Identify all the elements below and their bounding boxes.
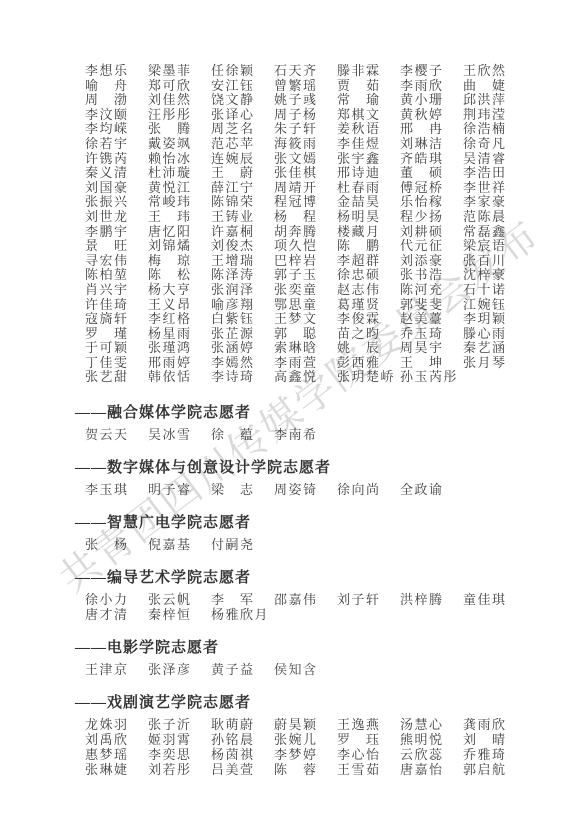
volunteer-name: 王铸业 [211, 210, 274, 225]
roster-row: 李均嵘张 腾周芝名朱子轩姜秋语邢 冉徐浩楠 [85, 122, 545, 137]
volunteer-name: 薛江宁 [211, 181, 274, 196]
roster-row: 李鹏宇唐忆阳许嘉桐胡奔腾楼藏月刘耕硕常磊鑫 [85, 225, 545, 240]
roster-row: 王津京张泽彦黄子益侯知含 [85, 662, 545, 677]
volunteer-name: 侯知含 [274, 662, 337, 677]
volunteer-name: 许嘉桐 [211, 225, 274, 240]
roster-row: 于可颖张瑾鸿张涵婷索琳晗姚 辰周昊宇秦艺涵 [85, 341, 545, 356]
volunteer-name: 刘子轩 [337, 592, 400, 607]
volunteer-name: 常峻玮 [148, 195, 211, 210]
volunteer-name: 李俊霖 [337, 312, 400, 327]
volunteer-name: 苗之昀 [337, 327, 400, 342]
volunteer-name: 楼藏月 [337, 225, 400, 240]
volunteer-name: 云欣蕊 [400, 747, 463, 762]
volunteer-name: 陈锦荣 [211, 195, 274, 210]
volunteer-name: 刘佳然 [148, 93, 211, 108]
volunteer-name: 邢诗迪 [337, 166, 400, 181]
volunteer-name: 李梦婷 [274, 747, 337, 762]
volunteer-name: 许镌芮 [85, 152, 148, 167]
volunteer-name: 张 腾 [148, 122, 211, 137]
volunteer-name: 石天齐 [274, 64, 337, 79]
volunteer-name: 张佳棋 [274, 166, 337, 181]
section-title: ——编导艺术学院志愿者 [75, 568, 545, 588]
volunteer-name: 徐若宇 [85, 137, 148, 152]
volunteer-name: 乔玉琦 [400, 327, 463, 342]
volunteer-name: 黄悦江 [148, 181, 211, 196]
volunteer-name: 梁墨菲 [148, 64, 211, 79]
roster-row: 徐若宇戴姿飒范芯苹海筱雨李佳煜刘琳洁徐奇凡 [85, 137, 545, 152]
volunteer-name: 李雨欣 [400, 79, 463, 94]
volunteer-name: 贺云天 [85, 427, 148, 442]
volunteer-name: 李雨萱 [274, 356, 337, 371]
volunteer-name: 任徐颖 [211, 64, 274, 79]
roster-row: 张琳婕刘若彤吕美萱陈 蓉王雪茹唐嘉怡郭启航 [85, 762, 545, 777]
volunteer-name: 代元征 [400, 239, 463, 254]
volunteer-name: 李心怡 [337, 747, 400, 762]
volunteer-name: 王梦文 [274, 312, 337, 327]
volunteer-name: 唐忆阳 [148, 225, 211, 240]
volunteer-name: 周子杨 [274, 108, 337, 123]
volunteer-name: 韩依恬 [148, 370, 211, 385]
volunteer-name: 赵志伟 [337, 283, 400, 298]
volunteer-name: 张子沂 [148, 717, 211, 732]
volunteer-name: 郭启航 [463, 762, 526, 777]
section-name-list: 贺云天吴冰雪徐 蕴李南希 [85, 427, 545, 442]
volunteer-name: 巴梓岩 [274, 254, 337, 269]
roster-row: 唐才清秦梓恒杨雅欣月 [85, 607, 545, 622]
volunteer-name: 张百川 [463, 254, 526, 269]
volunteer-name: 李均嵘 [85, 122, 148, 137]
volunteer-name: 李佳煜 [337, 137, 400, 152]
volunteer-name: 张艺甜 [85, 370, 148, 385]
volunteer-name: 郑可欣 [148, 79, 211, 94]
document-content: 李想乐梁墨菲任徐颖石天齐滕非霖李樱子王欣然喻 舟郑可欣安江钰曾繁瑶贾 茹李雨欣曲… [85, 64, 545, 777]
volunteer-name: 景 旺 [85, 239, 148, 254]
volunteer-name: 张玥楚峤 [337, 370, 400, 385]
volunteer-name: 张译心 [211, 108, 274, 123]
volunteer-name: 王津京 [85, 662, 148, 677]
volunteer-name: 项久恺 [274, 239, 337, 254]
college-section: ——智慧广电学院志愿者张 杨倪嘉基付嗣尧 [85, 513, 545, 552]
volunteer-name: 范芯苹 [211, 137, 274, 152]
volunteer-name: 郭 聪 [274, 327, 337, 342]
volunteer-name: 徐奇凡 [463, 137, 526, 152]
volunteer-name: 邱洪萍 [463, 93, 526, 108]
volunteer-name: 孙铭晨 [211, 732, 274, 747]
roster-row: 张艺甜韩依恬李诗琦高鑫悦张玥楚峤孙玉芮彤 [85, 370, 545, 385]
volunteer-name: 周姿锜 [274, 482, 337, 497]
volunteer-name: 连婉辰 [211, 152, 274, 167]
volunteer-name: 喻 舟 [85, 79, 148, 94]
volunteer-name: 王 玮 [148, 210, 211, 225]
volunteer-name: 倪嘉基 [148, 537, 211, 552]
roster-row: 许镌芮赖怡冰连婉辰张文嫣张宇鑫齐皓琪吴清睿 [85, 152, 545, 167]
section-name-list: 龙姝羽张子沂耿萌蔚蔚昊颖王逸燕汤慧心龚雨欣刘禹欣姬羽霄孙铭晨张婉儿罗 珏熊明悦刘… [85, 717, 545, 777]
volunteer-name: 李嫣然 [211, 356, 274, 371]
volunteer-name: 张润泽 [211, 283, 274, 298]
volunteer-name: 刘俊杰 [211, 239, 274, 254]
volunteer-name: 张芷源 [211, 327, 274, 342]
volunteer-name: 付嗣尧 [211, 537, 274, 552]
volunteer-name: 彭西雅 [337, 356, 400, 371]
roster-row: 龙姝羽张子沂耿萌蔚蔚昊颖王逸燕汤慧心龚雨欣 [85, 717, 545, 732]
volunteer-name: 李鹏宇 [85, 225, 148, 240]
volunteer-name: 曾繁瑶 [274, 79, 337, 94]
roster-row: 刘国豪黄悦江薛江宁周靖开杜春雨傅冠桥李世祥 [85, 181, 545, 196]
college-section: ——电影学院志愿者王津京张泽彦黄子益侯知含 [85, 638, 545, 677]
volunteer-name: 滕心雨 [463, 327, 526, 342]
volunteer-name: 贾 茹 [337, 79, 400, 94]
roster-row: 陈柏堃陈 松陈泽涛郭子玉徐忠硕张书浩沈梓豪 [85, 268, 545, 283]
volunteer-name: 寻宏伟 [85, 254, 148, 269]
roster-row: 刘世龙王 玮王铸业杨 程杨明昊程少扬范陈晨 [85, 210, 545, 225]
volunteer-name: 刘锦燏 [148, 239, 211, 254]
volunteer-name: 刘国豪 [85, 181, 148, 196]
volunteer-name: 郭斐斐 [400, 298, 463, 313]
volunteer-name: 白紫钰 [211, 312, 274, 327]
volunteer-name: 葛瑾贤 [337, 298, 400, 313]
volunteer-name: 周昊宇 [400, 341, 463, 356]
volunteer-name: 徐小力 [85, 592, 148, 607]
volunteer-name: 龚雨欣 [463, 717, 526, 732]
volunteer-name: 汤慧心 [400, 717, 463, 732]
volunteer-name: 邵嘉伟 [274, 592, 337, 607]
roster-row: 李汶颐汪彤彤张译心周子杨郑棋文黄秋婷荆玮滢 [85, 108, 545, 123]
volunteer-name: 张涵婷 [211, 341, 274, 356]
volunteer-name: 姚 辰 [337, 341, 400, 356]
section-name-list: 李玉琪明子睿梁 志周姿锜徐向尚全政谕 [85, 482, 545, 497]
roster-row: 贺云天吴冰雪徐 蕴李南希 [85, 427, 545, 442]
volunteer-name: 石十诺 [463, 283, 526, 298]
roster-row: 秦义清杜沛璇王 蔚张佳棋邢诗迪董 硕李浩田 [85, 166, 545, 181]
roster-row: 徐小力张云帆李 军邵嘉伟刘子轩洪梓腾童佳琪 [85, 592, 545, 607]
volunteer-name: 安江钰 [211, 79, 274, 94]
volunteer-name: 罗 珏 [337, 732, 400, 747]
volunteer-name: 程冠博 [274, 195, 337, 210]
volunteer-name: 唐嘉怡 [400, 762, 463, 777]
volunteer-name: 姜秋语 [337, 122, 400, 137]
roster-row: 李玉琪明子睿梁 志周姿锜徐向尚全政谕 [85, 482, 545, 497]
section-title: ——智慧广电学院志愿者 [75, 513, 545, 533]
volunteer-name: 蔚昊颖 [274, 717, 337, 732]
volunteer-name: 寇旖轩 [85, 312, 148, 327]
section-title: ——数字媒体与创意设计学院志愿者 [75, 458, 545, 478]
volunteer-name: 周芝名 [211, 122, 274, 137]
volunteer-name: 徐向尚 [337, 482, 400, 497]
volunteer-name: 李汶颐 [85, 108, 148, 123]
volunteer-name: 张文嫣 [274, 152, 337, 167]
volunteer-name: 张泽彦 [148, 662, 211, 677]
volunteer-name: 金喆昊 [337, 195, 400, 210]
volunteer-name: 朱子轩 [274, 122, 337, 137]
volunteer-name: 乔雅琦 [463, 747, 526, 762]
volunteer-name: 于可颖 [85, 341, 148, 356]
volunteer-name: 鄂思童 [274, 298, 337, 313]
volunteer-name: 杨星雨 [148, 327, 211, 342]
volunteer-name: 刘耕硕 [400, 225, 463, 240]
volunteer-name: 张 杨 [85, 537, 148, 552]
volunteer-name: 饶文静 [211, 93, 274, 108]
volunteer-name: 李想乐 [85, 64, 148, 79]
roster-row: 肖兴宇杨大亨张润泽张奕童赵志伟陈河充石十诺 [85, 283, 545, 298]
volunteer-name: 张婉儿 [274, 732, 337, 747]
volunteer-name: 王欣然 [463, 64, 526, 79]
volunteer-name: 郭子玉 [274, 268, 337, 283]
volunteer-name: 全政谕 [400, 482, 463, 497]
volunteer-name: 吴清睿 [463, 152, 526, 167]
volunteer-name: 李玥颖 [463, 312, 526, 327]
college-section: ——戏剧演艺学院志愿者龙姝羽张子沂耿萌蔚蔚昊颖王逸燕汤慧心龚雨欣刘禹欣姬羽霄孙铭… [85, 693, 545, 777]
roster-row: 周 渤刘佳然饶文静姚子彧常 瑜黄小珊邱洪萍 [85, 93, 545, 108]
section-title: ——融合媒体学院志愿者 [75, 403, 545, 423]
volunteer-name: 范陈晨 [463, 210, 526, 225]
volunteer-name: 张月琴 [463, 356, 526, 371]
volunteer-name: 刘世龙 [85, 210, 148, 225]
volunteer-name: 张宇鑫 [337, 152, 400, 167]
volunteer-name: 黄小珊 [400, 93, 463, 108]
volunteer-name: 杨茵祺 [211, 747, 274, 762]
roster-row: 喻 舟郑可欣安江钰曾繁瑶贾 茹李雨欣曲 婕 [85, 79, 545, 94]
volunteer-name: 刘添豪 [400, 254, 463, 269]
volunteer-name: 常 瑜 [337, 93, 400, 108]
volunteer-name: 徐 蕴 [211, 427, 274, 442]
volunteer-name: 李诗琦 [211, 370, 274, 385]
college-section: ——融合媒体学院志愿者贺云天吴冰雪徐 蕴李南希 [85, 403, 545, 442]
volunteer-name: 童佳琪 [463, 592, 526, 607]
section-name-list: 张 杨倪嘉基付嗣尧 [85, 537, 545, 552]
volunteer-name: 周靖开 [274, 181, 337, 196]
volunteer-name: 李南希 [274, 427, 337, 442]
volunteer-name: 惠梦瑶 [85, 747, 148, 762]
volunteer-name: 杨雅欣月 [211, 607, 274, 622]
volunteer-name: 赖怡冰 [148, 152, 211, 167]
volunteer-name: 唐才清 [85, 607, 148, 622]
volunteer-name: 刘若彤 [148, 762, 211, 777]
section-title: ——戏剧演艺学院志愿者 [75, 693, 545, 713]
main-volunteer-roster: 李想乐梁墨菲任徐颖石天齐滕非霖李樱子王欣然喻 舟郑可欣安江钰曾繁瑶贾 茹李雨欣曲… [85, 64, 545, 385]
volunteer-name: 曲 婕 [463, 79, 526, 94]
volunteer-name: 明子睿 [148, 482, 211, 497]
document-page: 共青团四川传媒学院委员会发布 李想乐梁墨菲任徐颖石天齐滕非霖李樱子王欣然喻 舟郑… [0, 0, 580, 820]
roster-row: 刘禹欣姬羽霄孙铭晨张婉儿罗 珏熊明悦刘 晴 [85, 732, 545, 747]
volunteer-name: 陈 松 [148, 268, 211, 283]
volunteer-name: 李红格 [148, 312, 211, 327]
volunteer-name: 张振兴 [85, 195, 148, 210]
volunteer-name: 张云帆 [148, 592, 211, 607]
volunteer-name: 荆玮滢 [463, 108, 526, 123]
section-title: ——电影学院志愿者 [75, 638, 545, 658]
volunteer-name: 吴冰雪 [148, 427, 211, 442]
volunteer-name: 王雪茹 [337, 762, 400, 777]
volunteer-name: 耿萌蔚 [211, 717, 274, 732]
volunteer-name: 陈柏堃 [85, 268, 148, 283]
volunteer-name: 李玉琪 [85, 482, 148, 497]
volunteer-name: 李家豪 [463, 195, 526, 210]
volunteer-name: 姬羽霄 [148, 732, 211, 747]
volunteer-name: 秦义清 [85, 166, 148, 181]
volunteer-name: 丁佳雯 [85, 356, 148, 371]
volunteer-name: 黄秋婷 [400, 108, 463, 123]
volunteer-name: 齐皓琪 [400, 152, 463, 167]
volunteer-name: 杜春雨 [337, 181, 400, 196]
volunteer-name: 王增瑞 [211, 254, 274, 269]
volunteer-name: 刘禹欣 [85, 732, 148, 747]
volunteer-name: 龙姝羽 [85, 717, 148, 732]
volunteer-name: 江婉钰 [463, 298, 526, 313]
volunteer-name: 王 蔚 [211, 166, 274, 181]
roster-row: 罗 瑾杨星雨张芷源郭 聪苗之昀乔玉琦滕心雨 [85, 327, 545, 342]
volunteer-name: 周 渤 [85, 93, 148, 108]
roster-row: 惠梦瑶李奕思杨茵祺李梦婷李心怡云欣蕊乔雅琦 [85, 747, 545, 762]
volunteer-name: 杨 程 [274, 210, 337, 225]
volunteer-name: 刘琳洁 [400, 137, 463, 152]
volunteer-name: 乐怡稼 [400, 195, 463, 210]
volunteer-name: 秦梓恒 [148, 607, 211, 622]
volunteer-name: 罗 瑾 [85, 327, 148, 342]
volunteer-name: 秦艺涵 [463, 341, 526, 356]
volunteer-name: 张琳婕 [85, 762, 148, 777]
volunteer-name: 傅冠桥 [400, 181, 463, 196]
volunteer-name: 李樱子 [400, 64, 463, 79]
volunteer-name: 李世祥 [463, 181, 526, 196]
volunteer-name: 熊明悦 [400, 732, 463, 747]
volunteer-name: 梁 志 [211, 482, 274, 497]
volunteer-name: 陈河充 [400, 283, 463, 298]
roster-row: 寻宏伟梅 琼王增瑞巴梓岩李超群刘添豪张百川 [85, 254, 545, 269]
volunteer-name: 徐浩楠 [463, 122, 526, 137]
volunteer-name: 孙玉芮彤 [400, 370, 463, 385]
volunteer-name: 徐忠硕 [337, 268, 400, 283]
volunteer-name: 沈梓豪 [463, 268, 526, 283]
volunteer-name: 喻彦翔 [211, 298, 274, 313]
volunteer-name: 邢雨婷 [148, 356, 211, 371]
volunteer-name: 程少扬 [400, 210, 463, 225]
volunteer-name: 戴姿飒 [148, 137, 211, 152]
volunteer-name: 董 硕 [400, 166, 463, 181]
volunteer-name: 刘 晴 [463, 732, 526, 747]
volunteer-name: 肖兴宇 [85, 283, 148, 298]
college-section: ——数字媒体与创意设计学院志愿者李玉琪明子睿梁 志周姿锜徐向尚全政谕 [85, 458, 545, 497]
volunteer-name: 陈 鹏 [337, 239, 400, 254]
volunteer-name: 王 坤 [400, 356, 463, 371]
volunteer-name: 杨明昊 [337, 210, 400, 225]
volunteer-name: 王逸燕 [337, 717, 400, 732]
volunteer-name: 李 军 [211, 592, 274, 607]
college-section: ——编导艺术学院志愿者徐小力张云帆李 军邵嘉伟刘子轩洪梓腾童佳琪唐才清秦梓恒杨雅… [85, 568, 545, 622]
volunteer-name: 张书浩 [400, 268, 463, 283]
volunteer-name: 郑棋文 [337, 108, 400, 123]
volunteer-name: 许佳琦 [85, 298, 148, 313]
section-name-list: 徐小力张云帆李 军邵嘉伟刘子轩洪梓腾童佳琪唐才清秦梓恒杨雅欣月 [85, 592, 545, 622]
volunteer-name: 王义昂 [148, 298, 211, 313]
volunteer-name: 常磊鑫 [463, 225, 526, 240]
roster-row: 寇旖轩李红格白紫钰王梦文李俊霖赵美薹李玥颖 [85, 312, 545, 327]
volunteer-name: 黄子益 [211, 662, 274, 677]
volunteer-name: 洪梓腾 [400, 592, 463, 607]
roster-row: 丁佳雯邢雨婷李嫣然李雨萱彭西雅王 坤张月琴 [85, 356, 545, 371]
volunteer-name: 海筱雨 [274, 137, 337, 152]
volunteer-name: 梁宸语 [463, 239, 526, 254]
section-name-list: 王津京张泽彦黄子益侯知含 [85, 662, 545, 677]
volunteer-name: 邢 冉 [400, 122, 463, 137]
volunteer-name: 赵美薹 [400, 312, 463, 327]
volunteer-name: 高鑫悦 [274, 370, 337, 385]
volunteer-name: 索琳晗 [274, 341, 337, 356]
roster-row: 张振兴常峻玮陈锦荣程冠博金喆昊乐怡稼李家豪 [85, 195, 545, 210]
volunteer-name: 吕美萱 [211, 762, 274, 777]
volunteer-name: 李浩田 [463, 166, 526, 181]
volunteer-name: 梅 琼 [148, 254, 211, 269]
volunteer-name: 李奕思 [148, 747, 211, 762]
volunteer-name: 陈 蓉 [274, 762, 337, 777]
volunteer-name: 张瑾鸿 [148, 341, 211, 356]
volunteer-name: 李超群 [337, 254, 400, 269]
volunteer-name: 滕非霖 [337, 64, 400, 79]
volunteer-name: 汪彤彤 [148, 108, 211, 123]
volunteer-name: 陈泽涛 [211, 268, 274, 283]
roster-row: 李想乐梁墨菲任徐颖石天齐滕非霖李樱子王欣然 [85, 64, 545, 79]
volunteer-name: 杨大亨 [148, 283, 211, 298]
roster-row: 景 旺刘锦燏刘俊杰项久恺陈 鹏代元征梁宸语 [85, 239, 545, 254]
college-sections: ——融合媒体学院志愿者贺云天吴冰雪徐 蕴李南希——数字媒体与创意设计学院志愿者李… [85, 403, 545, 777]
roster-row: 张 杨倪嘉基付嗣尧 [85, 537, 545, 552]
volunteer-name: 杜沛璇 [148, 166, 211, 181]
volunteer-name: 胡奔腾 [274, 225, 337, 240]
roster-row: 许佳琦王义昂喻彦翔鄂思童葛瑾贤郭斐斐江婉钰 [85, 298, 545, 313]
volunteer-name: 张奕童 [274, 283, 337, 298]
volunteer-name: 姚子彧 [274, 93, 337, 108]
